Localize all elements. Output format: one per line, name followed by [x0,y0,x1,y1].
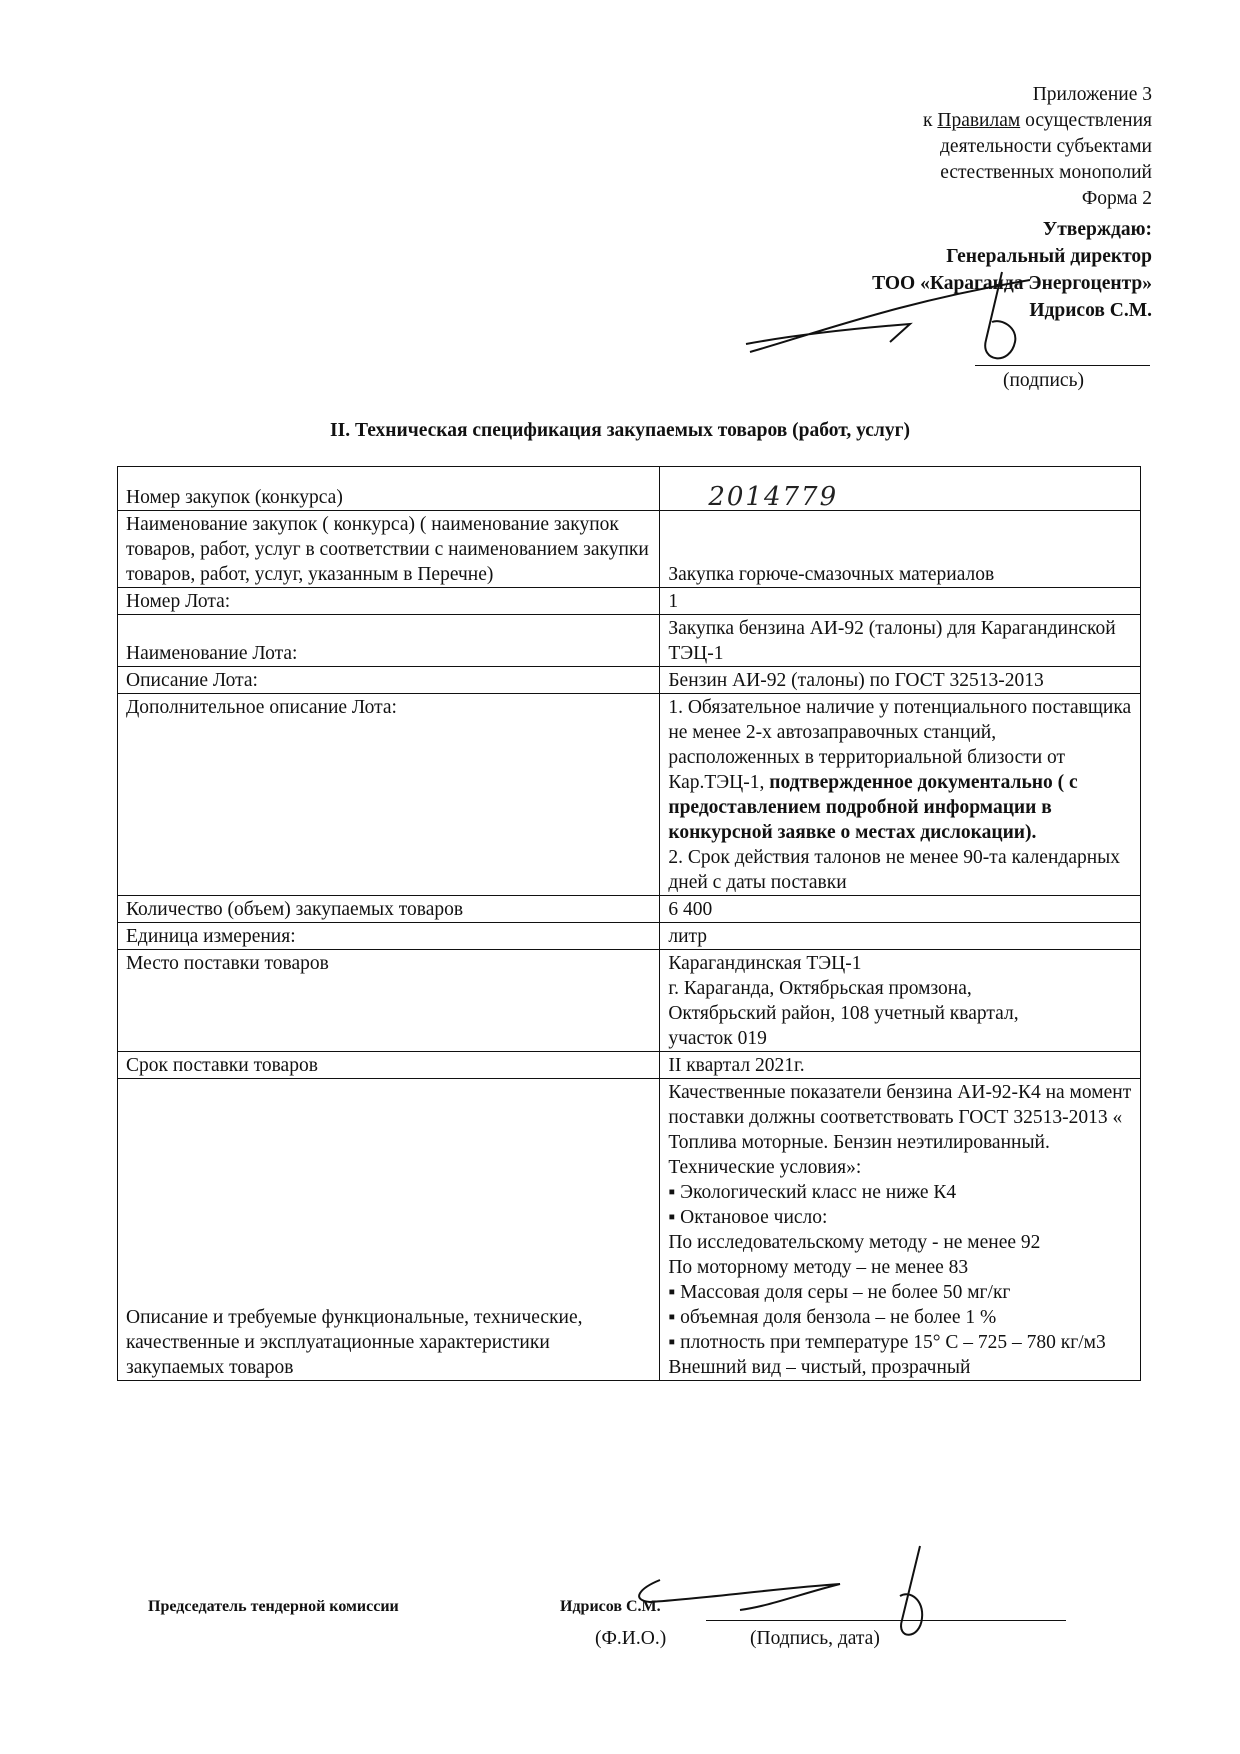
row-value: Закупка бензина АИ-92 (талоны) для Караг… [660,615,1141,667]
chair-signature-line [706,1620,1066,1621]
table-row: Единица измерения: литр [118,923,1141,950]
row-label: Срок поставки товаров [118,1052,660,1079]
table-row: Количество (объем) закупаемых товаров 6 … [118,896,1141,923]
section-title: II. Техническая спецификация закупаемых … [0,420,1240,442]
approval-title: Утверждаю: [872,216,1152,243]
row-label: Номер Лота: [118,588,660,615]
table-row: Наименование Лота: Закупка бензина АИ-92… [118,615,1141,667]
table-row: Дополнительное описание Лота: 1. Обязате… [118,694,1141,896]
appendix-line-3: деятельности субъектами [923,134,1152,160]
table-row: Место поставки товаров Карагандинская ТЭ… [118,950,1141,1052]
row-value: Карагандинская ТЭЦ-1 г. Караганда, Октяб… [660,950,1141,1052]
appendix-rules-line: к Правилам осуществления [923,108,1152,134]
row-label: Количество (объем) закупаемых товаров [118,896,660,923]
row-label: Дополнительное описание Лота: [118,694,660,896]
row-label: Наименование Лота: [118,615,660,667]
row-value: Закупка горюче-смазочных материалов [660,511,1141,588]
approver-name: Идрисов С.М. [872,297,1152,324]
sign-date-caption: (Подпись, дата) [750,1628,880,1650]
purchase-number-handwritten: 2014779 [660,467,1141,511]
table-row: Срок поставки товаров II квартал 2021г. [118,1052,1141,1079]
approver-position: Генеральный директор [872,243,1152,270]
appendix-header: Приложение 3 к Правилам осуществления де… [923,82,1152,212]
director-signature-line [975,365,1150,366]
form-number: Форма 2 [923,186,1152,212]
row-value: литр [660,923,1141,950]
row-label: Единица измерения: [118,923,660,950]
row-value: Бензин АИ-92 (талоны) по ГОСТ 32513-2013 [660,667,1141,694]
row-value: 1. Обязательное наличие у потенциального… [660,694,1141,896]
row-value: II квартал 2021г. [660,1052,1141,1079]
table-row: Описание и требуемые функциональные, тех… [118,1079,1141,1381]
row-label: Номер закупок (конкурса) [118,467,660,511]
row-value: 6 400 [660,896,1141,923]
approval-block: Утверждаю: Генеральный директор ТОО «Кар… [872,216,1152,324]
table-row: Наименование закупок ( конкурса) ( наиме… [118,511,1141,588]
commission-chair-label: Председатель тендерной комиссии [148,1598,399,1616]
row-value: 1 [660,588,1141,615]
appendix-line-4: естественных монополий [923,160,1152,186]
approver-company: ТОО «Караганда Энергоцентр» [872,270,1152,297]
row-label: Место поставки товаров [118,950,660,1052]
signature-caption: (подпись) [1003,370,1084,392]
commission-chair-name: Идрисов С.М. [560,1598,661,1616]
row-label: Описание Лота: [118,667,660,694]
row-value: Качественные показатели бензина АИ-92-К4… [660,1079,1141,1381]
table-row: Номер закупок (конкурса) 2014779 [118,467,1141,511]
row-label: Описание и требуемые функциональные, тех… [118,1079,660,1381]
appendix-number: Приложение 3 [923,82,1152,108]
rules-link[interactable]: Правилам [937,110,1020,131]
table-row: Номер Лота: 1 [118,588,1141,615]
row-label: Наименование закупок ( конкурса) ( наиме… [118,511,660,588]
specification-table: Номер закупок (конкурса) 2014779 Наимено… [117,466,1141,1381]
table-row: Описание Лота: Бензин АИ-92 (талоны) по … [118,667,1141,694]
fio-caption: (Ф.И.О.) [595,1628,666,1650]
